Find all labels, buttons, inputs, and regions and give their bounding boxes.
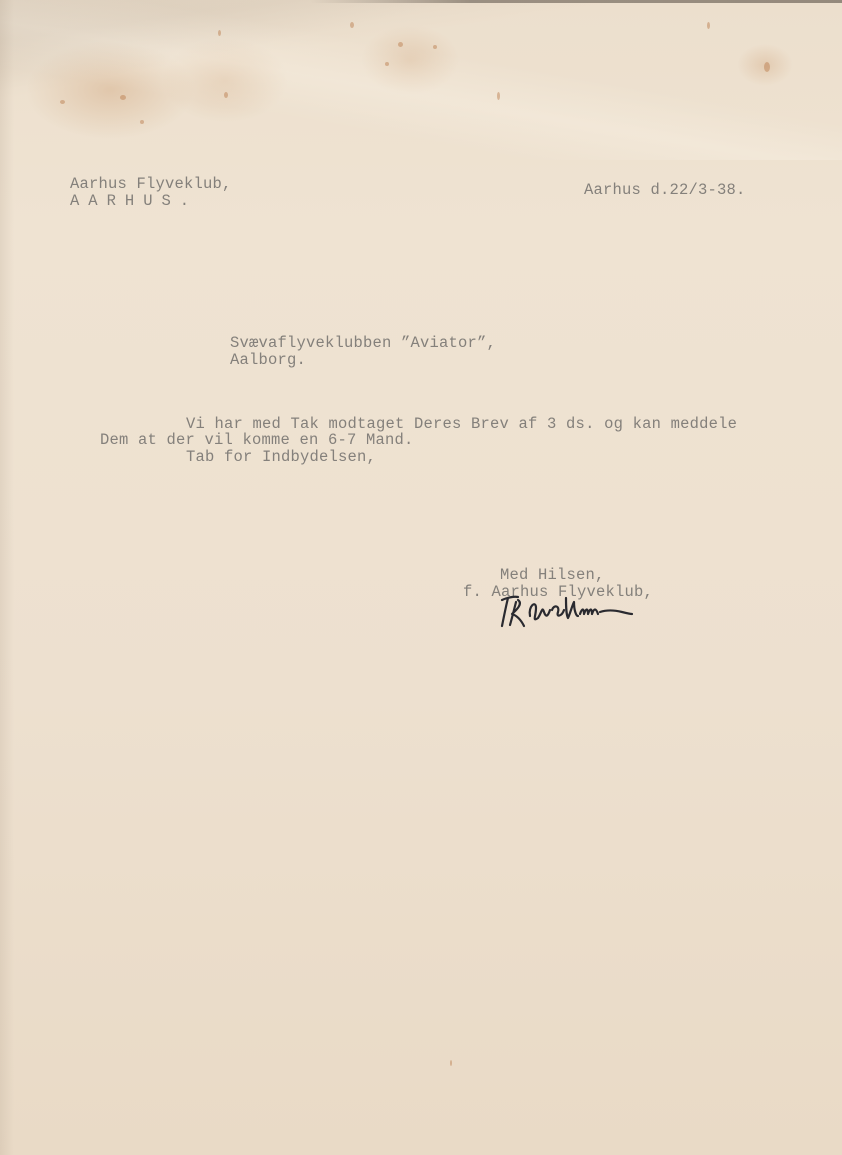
foxing-stain	[350, 22, 354, 28]
foxing-stain	[497, 92, 500, 100]
foxing-stain	[385, 62, 389, 66]
foxing-stain	[224, 92, 228, 98]
foxing-stain	[764, 62, 770, 72]
foxing-stain	[707, 22, 710, 29]
letter-page: Aarhus Flyveklub, AARHUS. Aarhus d.22/3-…	[0, 0, 842, 1155]
foxing-stain	[218, 30, 221, 36]
body-line-3: Tab for Indbydelsen,	[186, 448, 376, 466]
recipient-name: Svævaflyveklubben ”Aviator”,	[230, 334, 496, 352]
date-line: Aarhus d.22/3-38.	[584, 181, 746, 199]
handwritten-signature	[496, 592, 636, 630]
closing-salutation: Med Hilsen,	[500, 566, 605, 584]
body-line-2: Dem at der vil komme en 6-7 Mand.	[100, 431, 414, 449]
paper-left-edge	[0, 0, 14, 1155]
foxing-stain	[398, 42, 403, 47]
sender-city: AARHUS.	[70, 192, 198, 210]
foxing-stain	[140, 120, 144, 124]
sender-name: Aarhus Flyveklub,	[70, 175, 232, 193]
foxing-stain	[450, 1060, 452, 1066]
foxing-stain	[60, 100, 65, 104]
paper-fold-shadow	[0, 0, 842, 160]
foxing-stain	[433, 45, 437, 49]
recipient-city: Aalborg.	[230, 351, 306, 369]
foxing-stain	[120, 95, 126, 100]
paper-top-edge	[310, 0, 842, 3]
